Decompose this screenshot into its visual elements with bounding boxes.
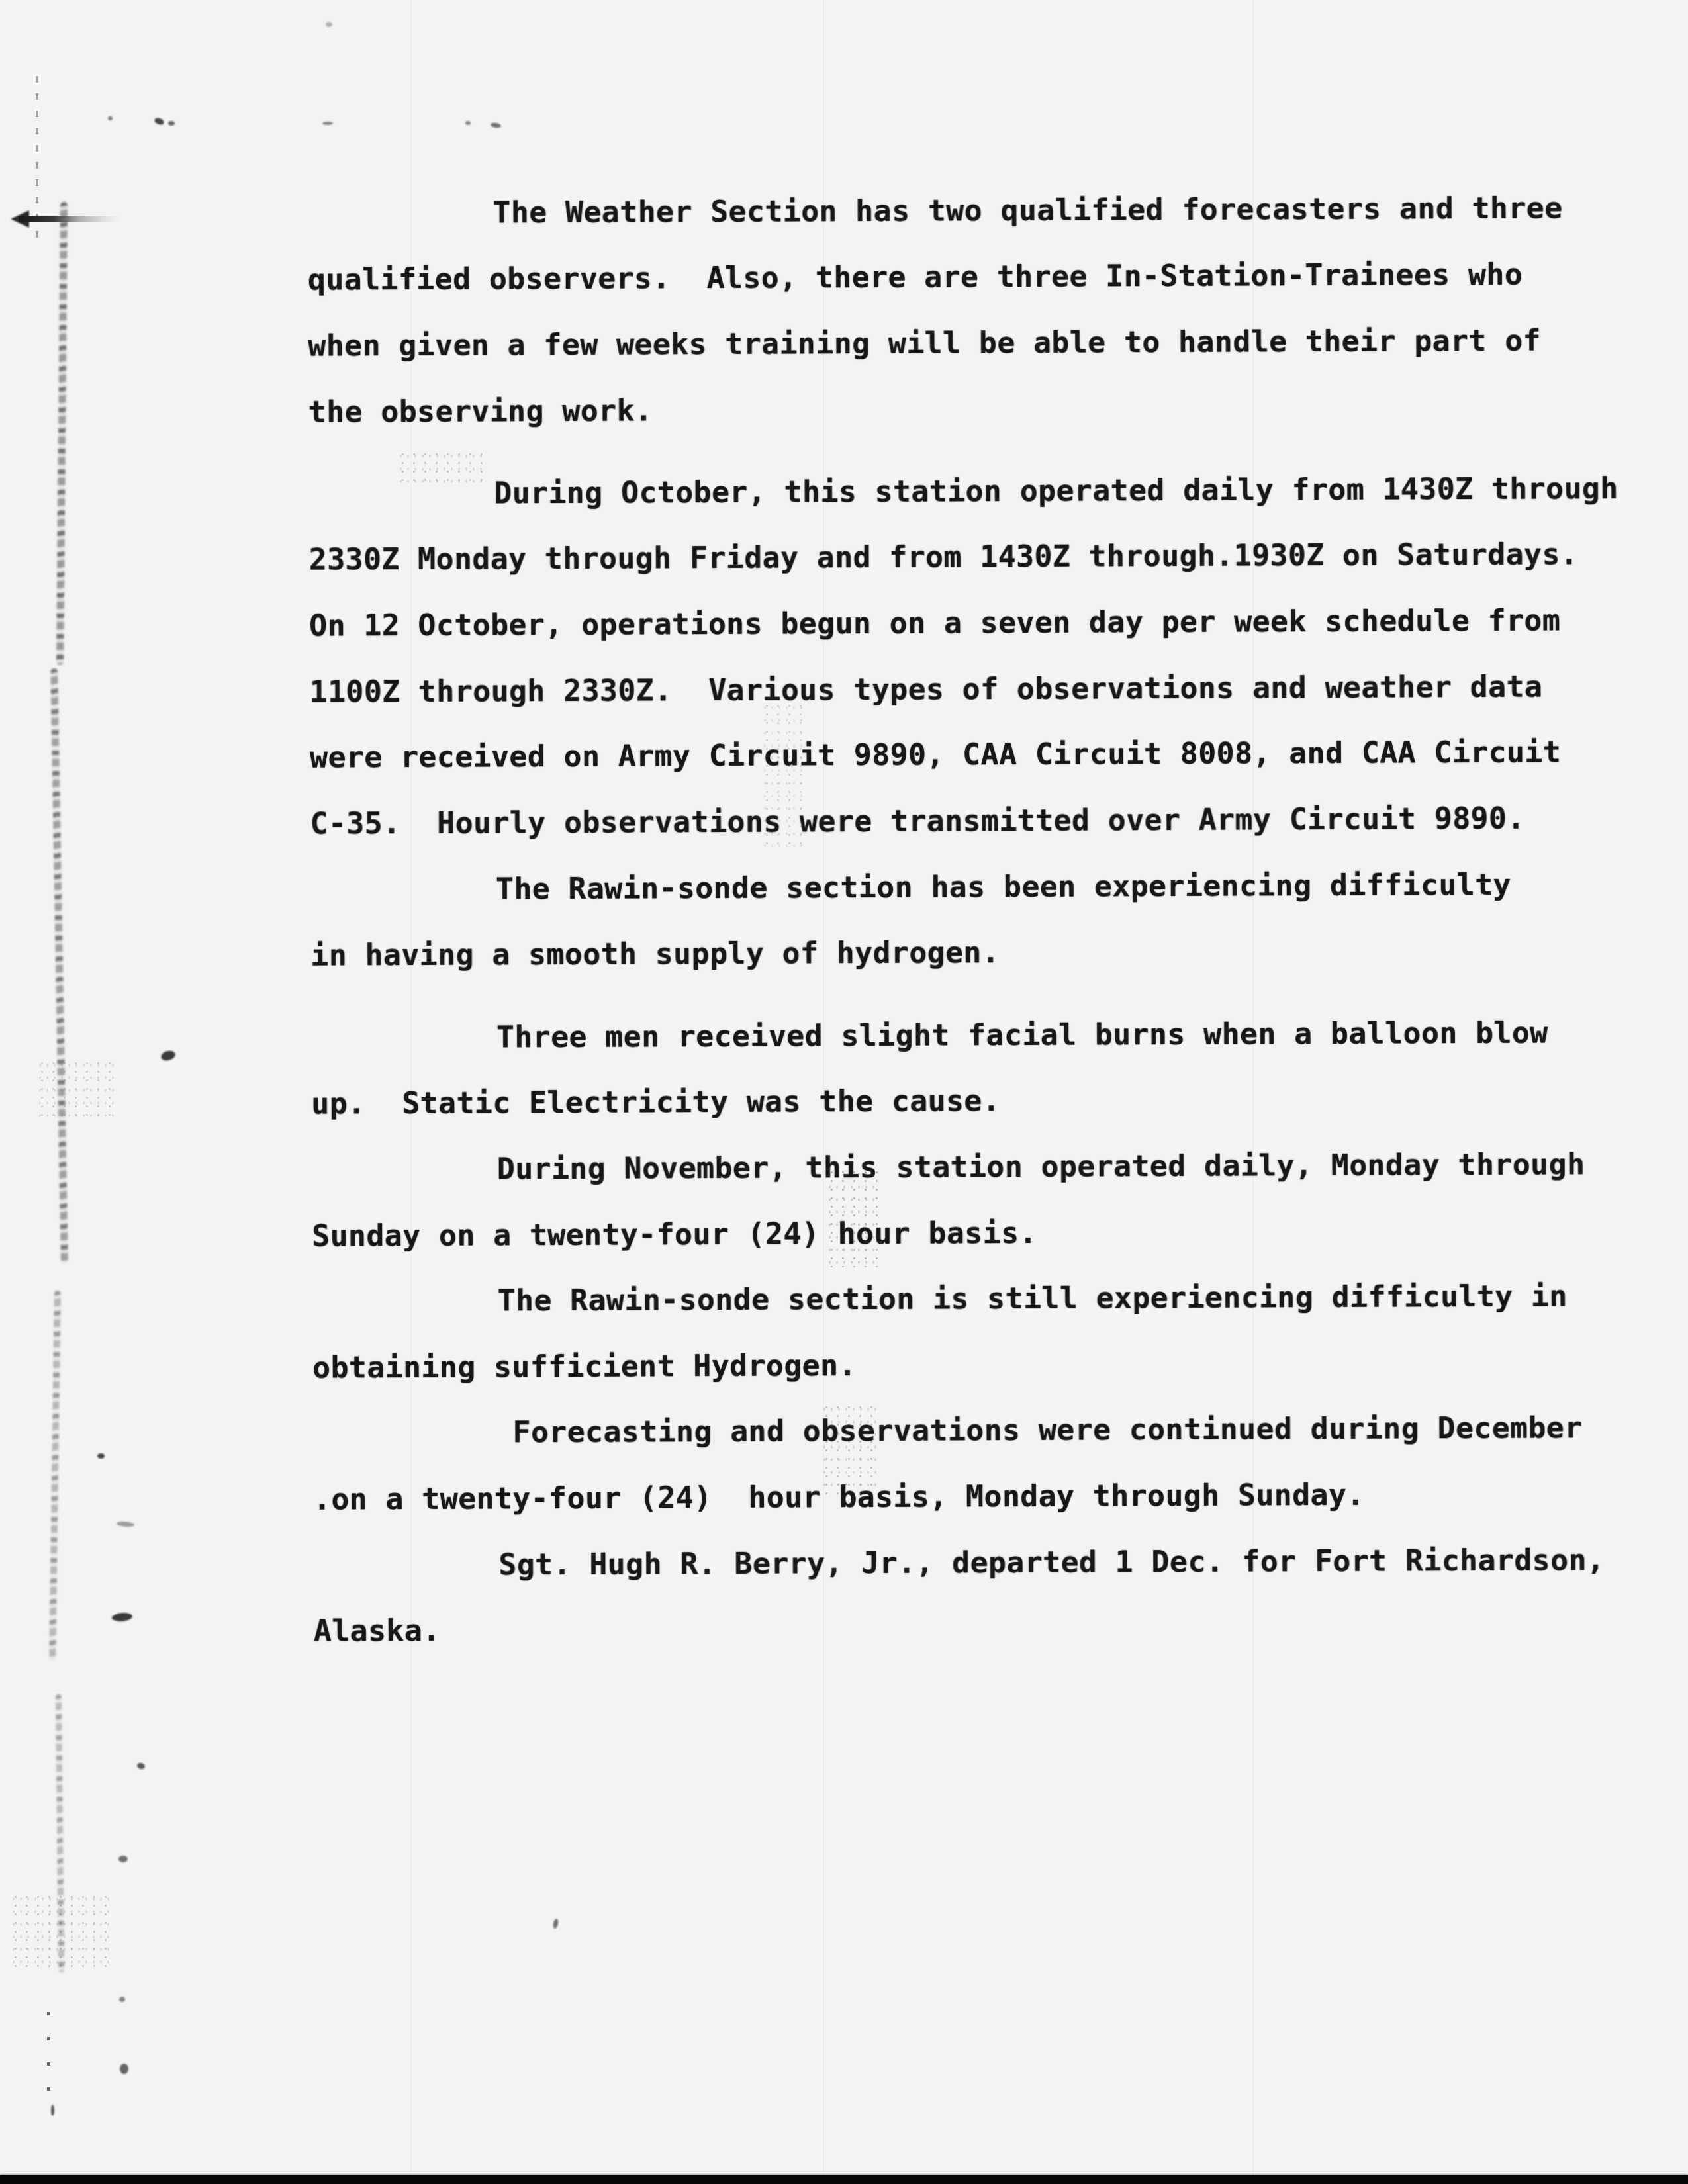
typed-line: C-35. Hourly observations were transmitt… xyxy=(310,803,1524,839)
toner-speckle xyxy=(826,1168,879,1267)
toner-speckle xyxy=(36,1059,116,1122)
typed-line: the observing work. xyxy=(308,395,653,426)
typed-line: 2330Z Monday through Friday and from 143… xyxy=(309,539,1579,574)
typed-line: 1100Z through 2330Z. Various types of ob… xyxy=(309,672,1542,707)
scan-streak-artifact xyxy=(36,76,38,248)
typed-line: qualified observers. Also, there are thr… xyxy=(308,259,1523,295)
ink-speck xyxy=(108,116,113,120)
typed-line: On 12 October, operations begun on a sev… xyxy=(309,605,1560,640)
scanned-document-page: The Weather Section has two qualified fo… xyxy=(0,0,1688,2184)
typed-line: Alaska. xyxy=(314,1615,441,1646)
ink-speck xyxy=(322,122,333,125)
typed-line: obtaining sufficient Hydrogen. xyxy=(312,1350,857,1383)
typed-line: Sunday on a twenty-four (24) hour basis. xyxy=(312,1218,1037,1251)
ink-blot xyxy=(120,2064,128,2074)
typed-line: in having a smooth supply of hydrogen. xyxy=(310,937,1000,970)
toner-speckle xyxy=(761,702,808,847)
typed-line: up. Static Electricity was the cause. xyxy=(311,1085,1000,1118)
toner-speckle xyxy=(821,1403,877,1496)
typed-line: During November, this station operated d… xyxy=(497,1149,1585,1183)
typed-text-block: The Weather Section has two qualified fo… xyxy=(0,0,1688,2184)
typed-line: Three men received slight facial burns w… xyxy=(496,1018,1548,1052)
typed-line: when given a few weeks training will be … xyxy=(308,326,1541,361)
toner-speckle xyxy=(397,450,483,483)
typed-line: The Weather Section has two qualified fo… xyxy=(492,193,1562,227)
ink-blot xyxy=(97,1453,105,1459)
typed-line: Sgt. Hugh R. Berry, Jr., departed 1 Dec.… xyxy=(498,1545,1605,1579)
ink-dot-column xyxy=(47,2012,50,2098)
ink-blot xyxy=(118,1856,128,1862)
typed-line: The Rawin-sonde section is still experie… xyxy=(497,1281,1567,1315)
typed-line: Forecasting and observations were contin… xyxy=(512,1412,1582,1447)
typed-line: During October, this station operated da… xyxy=(494,473,1618,508)
typed-line: The Rawin-sonde section has been experie… xyxy=(496,870,1511,904)
typed-line: were received on Army Circuit 9890, CAA … xyxy=(310,737,1561,772)
ink-speck xyxy=(465,121,471,125)
ink-speck xyxy=(326,22,332,27)
scan-edge-bar xyxy=(0,2175,1688,2184)
toner-speckle xyxy=(10,1893,113,1969)
ink-speck xyxy=(51,2105,54,2116)
ink-blot xyxy=(119,1997,125,2002)
ink-speck xyxy=(168,121,175,126)
arrow-mark-line xyxy=(19,216,119,222)
